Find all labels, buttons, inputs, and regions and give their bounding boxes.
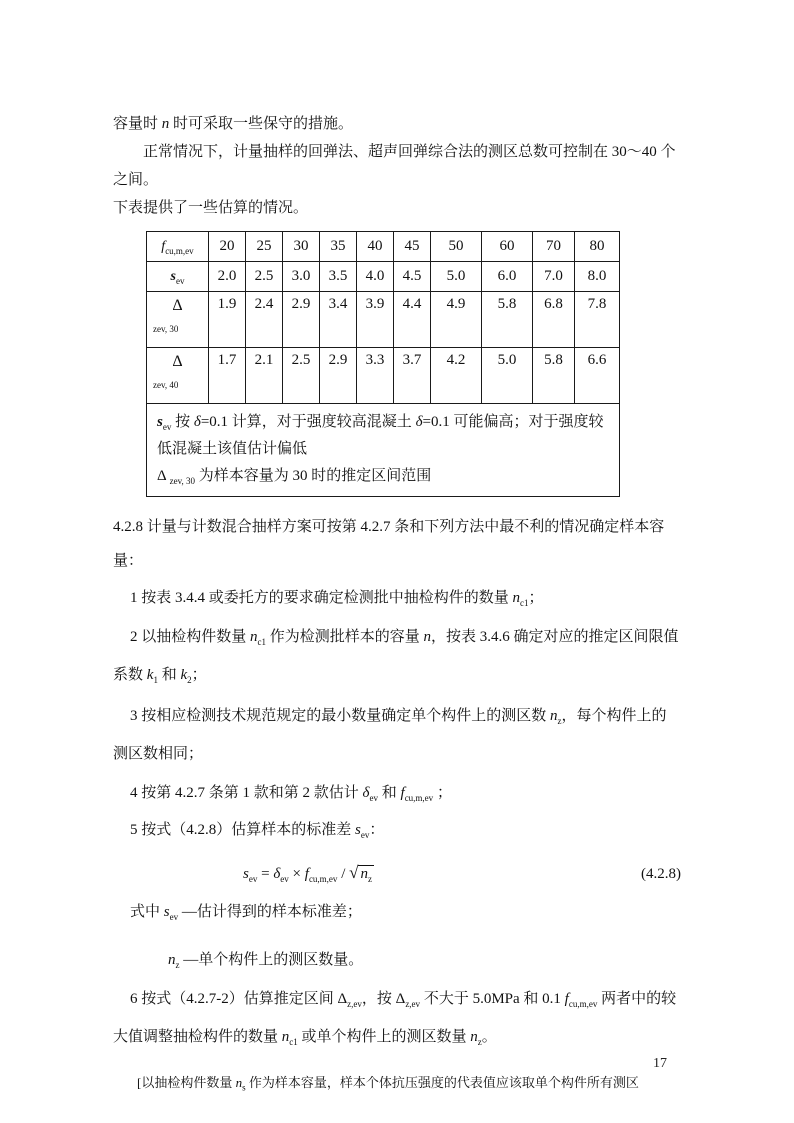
table-cell: 5.8 <box>533 348 575 404</box>
clause-2: 2 以抽检构件数量 nc1 作为检测批样本的容量 n，按表 3.4.6 确定对应… <box>113 618 681 694</box>
formula-lhs: sev = δev × fcu,m,ev / <box>243 866 349 882</box>
table-cell: 1.7 <box>209 348 246 404</box>
row-label-sev: sev <box>147 262 209 292</box>
section-4-2-8: 4.2.8 计量与计数混合抽样方案可按第 4.2.7 条和下列方法中最不利的情况… <box>113 510 681 1098</box>
bracket-comment: [以抽检构件数量 ns 作为样本容量，样本个体抗压强度的代表值应该取单个构件所有… <box>113 1068 681 1098</box>
table-cell: 2.5 <box>246 262 283 292</box>
table-note-2: Δ zev, 30 为样本容量为 30 时的推定区间范围 <box>157 463 609 490</box>
table-cell: 6.0 <box>482 262 533 292</box>
table-cell: 3.4 <box>320 292 357 348</box>
header-cell: 50 <box>431 232 482 262</box>
table-cell: 5.8 <box>482 292 533 348</box>
intro-paragraph-1: 容量时 n 时可采取一些保守的措施。 <box>113 110 681 138</box>
row-label-delta-zev40: Δ zev, 40 <box>147 348 209 404</box>
table-notes-row: sev 按 δ=0.1 计算，对于强度较高混凝土 δ=0.1 可能偏高；对于强度… <box>147 404 620 497</box>
table-cell: 6.8 <box>533 292 575 348</box>
table-cell: 4.0 <box>357 262 394 292</box>
delta-symbol: Δ <box>147 296 208 316</box>
table-cell: 5.0 <box>431 262 482 292</box>
delta-symbol: Δ <box>147 352 208 372</box>
table-cell: 2.0 <box>209 262 246 292</box>
header-cell: 60 <box>482 232 533 262</box>
table-notes-cell: sev 按 δ=0.1 计算，对于强度较高混凝土 δ=0.1 可能偏高；对于强度… <box>147 404 620 497</box>
table-cell: 2.5 <box>283 348 320 404</box>
table-cell: 3.3 <box>357 348 394 404</box>
table-cell: 4.9 <box>431 292 482 348</box>
sqrt-expression: √nz <box>349 866 374 882</box>
row-label-delta-zev30: Δ zev, 30 <box>147 292 209 348</box>
formula-4-2-8: sev = δev × fcu,m,ev / √nz (4.2.8) <box>243 863 681 883</box>
table-cell: 8.0 <box>575 262 620 292</box>
header-cell: 40 <box>357 232 394 262</box>
table-cell: 4.2 <box>431 348 482 404</box>
table-cell: 2.4 <box>246 292 283 348</box>
table-cell: 1.9 <box>209 292 246 348</box>
table-row-sev: sev 2.0 2.5 3.0 3.5 4.0 4.5 5.0 6.0 7.0 … <box>147 262 620 292</box>
table-row-delta-zev40: Δ zev, 40 1.7 2.1 2.5 2.9 3.3 3.7 4.2 5.… <box>147 348 620 404</box>
page-number: 17 <box>653 1056 667 1072</box>
where-clause-nz: nz —单个构件上的测区数量。 <box>168 943 681 977</box>
document-page: 容量时 n 时可采取一些保守的措施。 正常情况下，计量抽样的回弹法、超声回弹综合… <box>0 0 794 1123</box>
estimation-table: fcu,m,ev 20 25 30 35 40 45 50 60 70 80 s… <box>146 231 620 497</box>
table-cell: 6.6 <box>575 348 620 404</box>
table-cell: 2.1 <box>246 348 283 404</box>
sqrt-radicand: nz <box>358 865 374 882</box>
header-cell: 45 <box>394 232 431 262</box>
table-cell: 4.5 <box>394 262 431 292</box>
table-cell: 2.9 <box>320 348 357 404</box>
intro-paragraph-2: 正常情况下，计量抽样的回弹法、超声回弹综合法的测区总数可控制在 30～40 个之… <box>113 138 681 194</box>
table-cell: 7.0 <box>533 262 575 292</box>
clause-5: 5 按式（4.2.8）估算样本的标准差 sev： <box>113 813 681 847</box>
formula-number: (4.2.8) <box>641 866 681 883</box>
clause-6: 6 按式（4.2.7-2）估算推定区间 Δz,ev，按 Δz,ev 不大于 5.… <box>113 980 681 1056</box>
clause-1: 1 按表 3.4.4 或委托方的要求确定检测批中抽检构件的数量 nc1； <box>113 581 681 615</box>
header-cell: 20 <box>209 232 246 262</box>
table-cell: 3.9 <box>357 292 394 348</box>
table-cell: 3.7 <box>394 348 431 404</box>
header-cell: 70 <box>533 232 575 262</box>
formula-expression: sev = δev × fcu,m,ev / √nz <box>243 863 374 883</box>
header-label-fcumev: fcu,m,ev <box>147 232 209 262</box>
table-cell: 5.0 <box>482 348 533 404</box>
delta-subscript: zev, 40 <box>147 380 208 390</box>
header-cell: 80 <box>575 232 620 262</box>
header-cell: 30 <box>283 232 320 262</box>
intro-paragraph-3: 下表提供了一些估算的情况。 <box>113 194 681 222</box>
table-cell: 2.9 <box>283 292 320 348</box>
where-clause-sev: 式中 sev —估计得到的样本标准差； <box>113 895 681 929</box>
page-content: 容量时 n 时可采取一些保守的措施。 正常情况下，计量抽样的回弹法、超声回弹综合… <box>113 110 681 1098</box>
table-header-row: fcu,m,ev 20 25 30 35 40 45 50 60 70 80 <box>147 232 620 262</box>
table-cell: 3.0 <box>283 262 320 292</box>
table-cell: 3.5 <box>320 262 357 292</box>
header-cell: 25 <box>246 232 283 262</box>
table-row-delta-zev30: Δ zev, 30 1.9 2.4 2.9 3.4 3.9 4.4 4.9 5.… <box>147 292 620 348</box>
clause-4: 4 按第 4.2.7 条第 1 款和第 2 款估计 δev 和 fcu,m,ev… <box>113 776 681 810</box>
table-note-1: sev 按 δ=0.1 计算，对于强度较高混凝土 δ=0.1 可能偏高；对于强度… <box>157 409 609 463</box>
section-heading: 4.2.8 计量与计数混合抽样方案可按第 4.2.7 条和下列方法中最不利的情况… <box>113 510 681 578</box>
delta-subscript: zev, 30 <box>147 324 208 334</box>
clause-3: 3 按相应检测技术规范规定的最小数量确定单个构件上的测区数 nz，每个构件上的测… <box>113 697 681 773</box>
header-cell: 35 <box>320 232 357 262</box>
table-cell: 4.4 <box>394 292 431 348</box>
table-cell: 7.8 <box>575 292 620 348</box>
